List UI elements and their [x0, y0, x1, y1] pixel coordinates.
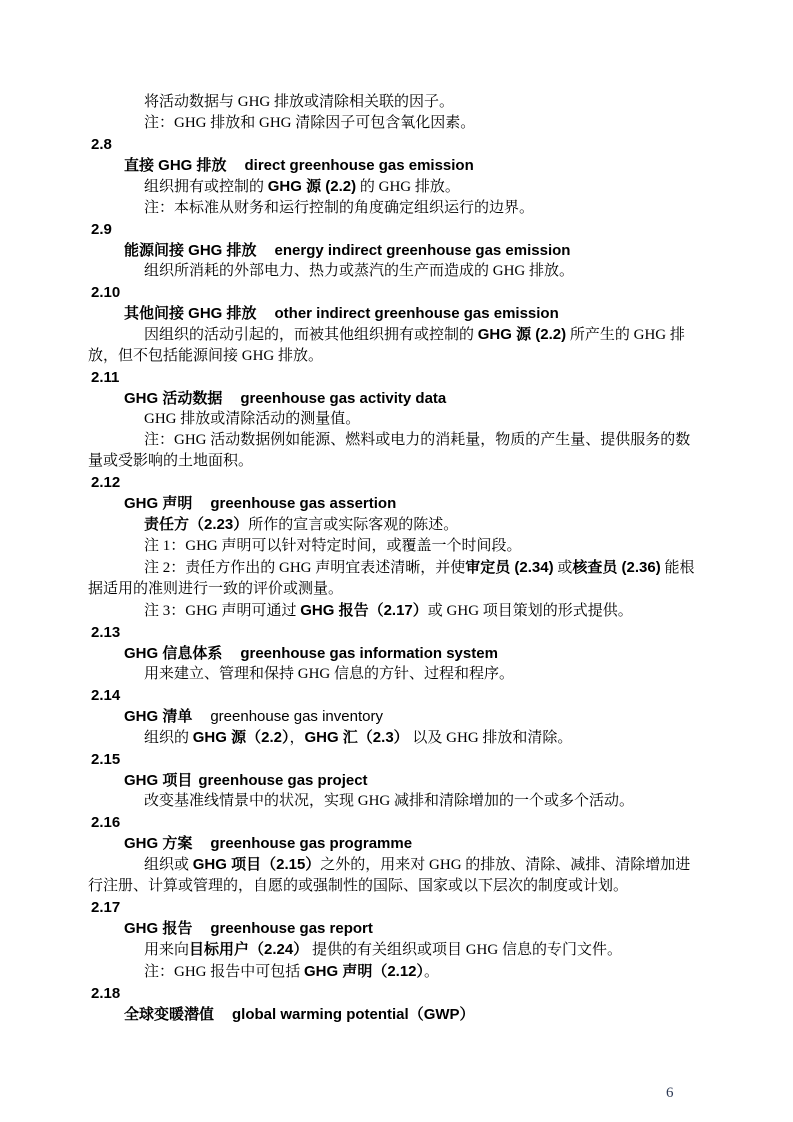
text-segment: 2.12 — [91, 474, 120, 491]
term-chinese: 直接 GHG 排放 — [124, 157, 227, 174]
term-line: GHG 报告greenhouse gas report — [88, 918, 704, 939]
note-paragraph: 注：本标准从财务和运行控制的角度确定组织运行的边界。 — [88, 198, 704, 219]
term-english: greenhouse gas activity data — [240, 390, 446, 407]
body-paragraph: 将活动数据与 GHG 排放或清除相关联的因子。 — [88, 92, 704, 113]
text-segment: 组织的 — [144, 730, 193, 746]
text-segment: 注 3：GHG 声明可通过 — [144, 603, 300, 619]
page-number: 6 — [666, 1083, 674, 1104]
text-segment: 2.8 — [91, 136, 112, 153]
body-paragraph: 组织所消耗的外部电力、热力或蒸汽的生产而造成的 GHG 排放。 — [88, 261, 704, 282]
term-line: GHG 清单greenhouse gas inventory — [88, 706, 704, 727]
text-segment: 注：GHG 排放和 GHG 清除因子可包含氧化因素。 — [144, 115, 475, 131]
body-paragraph: 组织或 GHG 项目（2.15）之外的，用来对 GHG 的排放、清除、减排、清除… — [88, 854, 704, 897]
text-segment: 的 GHG 排放。 — [356, 179, 460, 195]
text-segment: 用来向 — [144, 942, 189, 958]
bold-reference: GHG 声明（2.12） — [304, 963, 424, 980]
bold-reference: 责任方（2.23） — [144, 516, 248, 533]
text-segment: 组织拥有或控制的 — [144, 179, 268, 195]
section-number: 2.10 — [88, 282, 704, 303]
section-number: 2.14 — [88, 685, 704, 706]
document-page: { "page": { "number": "6", "background_c… — [0, 0, 793, 1122]
body-paragraph: GHG 排放或清除活动的测量值。 — [88, 409, 704, 430]
text-segment: 注：GHG 活动数据例如能源、燃料或电力的消耗量，物质的产生量、提供服务的数量或… — [88, 432, 690, 469]
text-segment: 2.10 — [91, 284, 120, 301]
section-number: 2.8 — [88, 134, 704, 155]
text-segment: 组织所消耗的外部电力、热力或蒸汽的生产而造成的 GHG 排放。 — [144, 263, 574, 279]
bold-reference: 目标用户（2.24） — [189, 941, 308, 958]
text-segment: 因组织的活动引起的，而被其他组织拥有或控制的 — [144, 327, 478, 343]
term-chinese: 全球变暖潜值 — [124, 1006, 214, 1023]
body-paragraph: 因组织的活动引起的，而被其他组织拥有或控制的 GHG 源 (2.2) 所产生的 … — [88, 324, 704, 367]
term-english: greenhouse gas information system — [240, 645, 498, 662]
body-paragraph: 组织拥有或控制的 GHG 源 (2.2) 的 GHG 排放。 — [88, 176, 704, 198]
bold-reference: GHG 源（2.2） — [193, 729, 290, 746]
text-segment: 注 1：GHG 声明可以针对特定时间，或覆盖一个时间段。 — [144, 538, 522, 554]
text-segment: 注 2：责任方作出的 GHG 声明宜表述清晰，并使 — [144, 560, 465, 576]
text-segment: 2.9 — [91, 221, 112, 238]
text-segment: 将活动数据与 GHG 排放或清除相关联的因子。 — [144, 94, 454, 110]
text-segment: GHG 排放或清除活动的测量值。 — [144, 411, 360, 427]
note-paragraph: 注 3：GHG 声明可通过 GHG 报告（2.17）或 GHG 项目策划的形式提… — [88, 600, 704, 622]
text-segment: 2.13 — [91, 624, 120, 641]
term-chinese: 其他间接 GHG 排放 — [124, 305, 257, 322]
body-paragraph: 用来建立、管理和保持 GHG 信息的方针、过程和程序。 — [88, 664, 704, 685]
text-segment: 注：本标准从财务和运行控制的角度确定组织运行的边界。 — [144, 200, 534, 216]
section-number: 2.18 — [88, 983, 704, 1004]
term-english: greenhouse gas assertion — [210, 495, 396, 512]
section-number: 2.13 — [88, 622, 704, 643]
bold-reference: GHG 汇（2.3） — [304, 729, 408, 746]
section-number: 2.16 — [88, 812, 704, 833]
term-line: GHG 方案greenhouse gas programme — [88, 833, 704, 854]
text-segment: 2.14 — [91, 687, 120, 704]
note-paragraph: 注 2：责任方作出的 GHG 声明宜表述清晰，并使审定员 (2.34) 或核查员… — [88, 557, 704, 600]
term-line: 其他间接 GHG 排放other indirect greenhouse gas… — [88, 303, 704, 324]
body-paragraph: 改变基准线情景中的状况，实现 GHG 减排和清除增加的一个或多个活动。 — [88, 791, 704, 812]
text-segment: 改变基准线情景中的状况，实现 GHG 减排和清除增加的一个或多个活动。 — [144, 793, 634, 809]
text-segment: ， — [289, 730, 304, 746]
text-segment: 以及 GHG 排放和清除。 — [409, 730, 573, 746]
section-number: 2.15 — [88, 749, 704, 770]
term-line: GHG 声明greenhouse gas assertion — [88, 493, 704, 514]
document-body: 将活动数据与 GHG 排放或清除相关联的因子。注：GHG 排放和 GHG 清除因… — [88, 92, 704, 1025]
bold-reference: 核查员 (2.36) — [572, 559, 660, 576]
note-paragraph: 注 1：GHG 声明可以针对特定时间，或覆盖一个时间段。 — [88, 536, 704, 557]
term-line: 能源间接 GHG 排放energy indirect greenhouse ga… — [88, 240, 704, 261]
term-line: 全球变暖潜值global warming potential（GWP） — [88, 1004, 704, 1025]
section-number: 2.9 — [88, 219, 704, 240]
term-english: energy indirect greenhouse gas emission — [275, 242, 571, 259]
term-chinese: GHG 项目 — [124, 772, 192, 789]
term-line: GHG 活动数据greenhouse gas activity data — [88, 388, 704, 409]
body-paragraph: 用来向目标用户（2.24） 提供的有关组织或项目 GHG 信息的专门文件。 — [88, 939, 704, 961]
term-chinese: GHG 报告 — [124, 920, 192, 937]
text-segment: 或 GHG 项目策划的形式提供。 — [428, 603, 633, 619]
text-segment: 2.17 — [91, 899, 120, 916]
text-segment: 。 — [424, 964, 439, 980]
text-segment: 提供的有关组织或项目 GHG 信息的专门文件。 — [308, 942, 622, 958]
text-segment: 所作的宣言或实际客观的陈述。 — [248, 517, 458, 533]
term-chinese: GHG 声明 — [124, 495, 192, 512]
section-number: 2.11 — [88, 367, 704, 388]
term-chinese: GHG 活动数据 — [124, 390, 222, 407]
term-english: greenhouse gas report — [210, 920, 373, 937]
bold-reference: 审定员 (2.34) — [465, 559, 553, 576]
term-english: global warming potential（GWP） — [232, 1006, 475, 1023]
text-segment: 2.15 — [91, 751, 120, 768]
term-chinese: GHG 清单 — [124, 708, 192, 725]
term-english: direct greenhouse gas emission — [245, 157, 474, 174]
text-segment: 或 — [554, 560, 573, 576]
term-line: 直接 GHG 排放direct greenhouse gas emission — [88, 155, 704, 176]
term-english: greenhouse gas inventory — [210, 708, 383, 725]
term-english: greenhouse gas programme — [210, 835, 412, 852]
term-chinese: 能源间接 GHG 排放 — [124, 242, 257, 259]
section-number: 2.12 — [88, 472, 704, 493]
bold-reference: GHG 报告（2.17） — [300, 602, 428, 619]
text-segment: 注：GHG 报告中可包括 — [144, 964, 304, 980]
term-english: greenhouse gas project — [198, 772, 367, 789]
text-segment: 用来建立、管理和保持 GHG 信息的方针、过程和程序。 — [144, 666, 514, 682]
text-segment: 2.16 — [91, 814, 120, 831]
term-chinese: GHG 方案 — [124, 835, 192, 852]
body-paragraph: 责任方（2.23）所作的宣言或实际客观的陈述。 — [88, 514, 704, 536]
bold-reference: GHG 项目（2.15） — [193, 856, 321, 873]
term-english: other indirect greenhouse gas emission — [275, 305, 559, 322]
note-paragraph: 注：GHG 报告中可包括 GHG 声明（2.12）。 — [88, 961, 704, 983]
text-segment: 2.11 — [91, 369, 119, 386]
term-chinese: GHG 信息体系 — [124, 645, 222, 662]
note-paragraph: 注：GHG 活动数据例如能源、燃料或电力的消耗量，物质的产生量、提供服务的数量或… — [88, 430, 704, 472]
text-segment: 组织或 — [144, 857, 193, 873]
body-paragraph: 组织的 GHG 源（2.2），GHG 汇（2.3） 以及 GHG 排放和清除。 — [88, 727, 704, 749]
term-line: GHG 项目greenhouse gas project — [88, 770, 704, 791]
bold-reference: GHG 源 (2.2) — [268, 178, 356, 195]
bold-reference: GHG 源 (2.2) — [478, 326, 566, 343]
term-line: GHG 信息体系greenhouse gas information syste… — [88, 643, 704, 664]
section-number: 2.17 — [88, 897, 704, 918]
note-paragraph: 注：GHG 排放和 GHG 清除因子可包含氧化因素。 — [88, 113, 704, 134]
text-segment: 2.18 — [91, 985, 120, 1002]
